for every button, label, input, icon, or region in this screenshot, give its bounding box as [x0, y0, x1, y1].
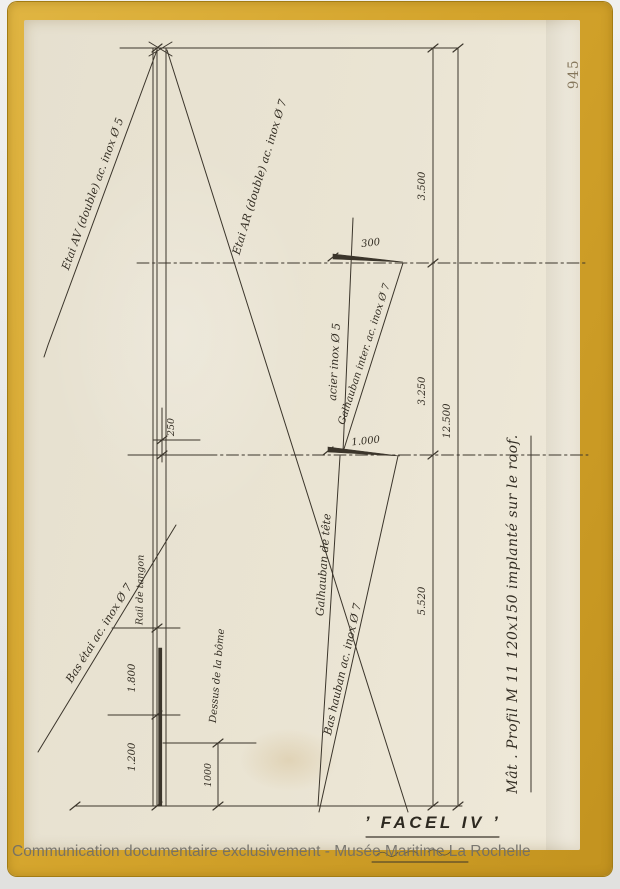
scanned-document: Etai AV (double) ac. inox Ø 5 Etai AR (d…: [0, 0, 620, 889]
watermark-text: Communication documentaire exclusivement…: [12, 843, 608, 861]
paper-crease: [546, 20, 580, 850]
drawing-paper: [24, 20, 580, 850]
